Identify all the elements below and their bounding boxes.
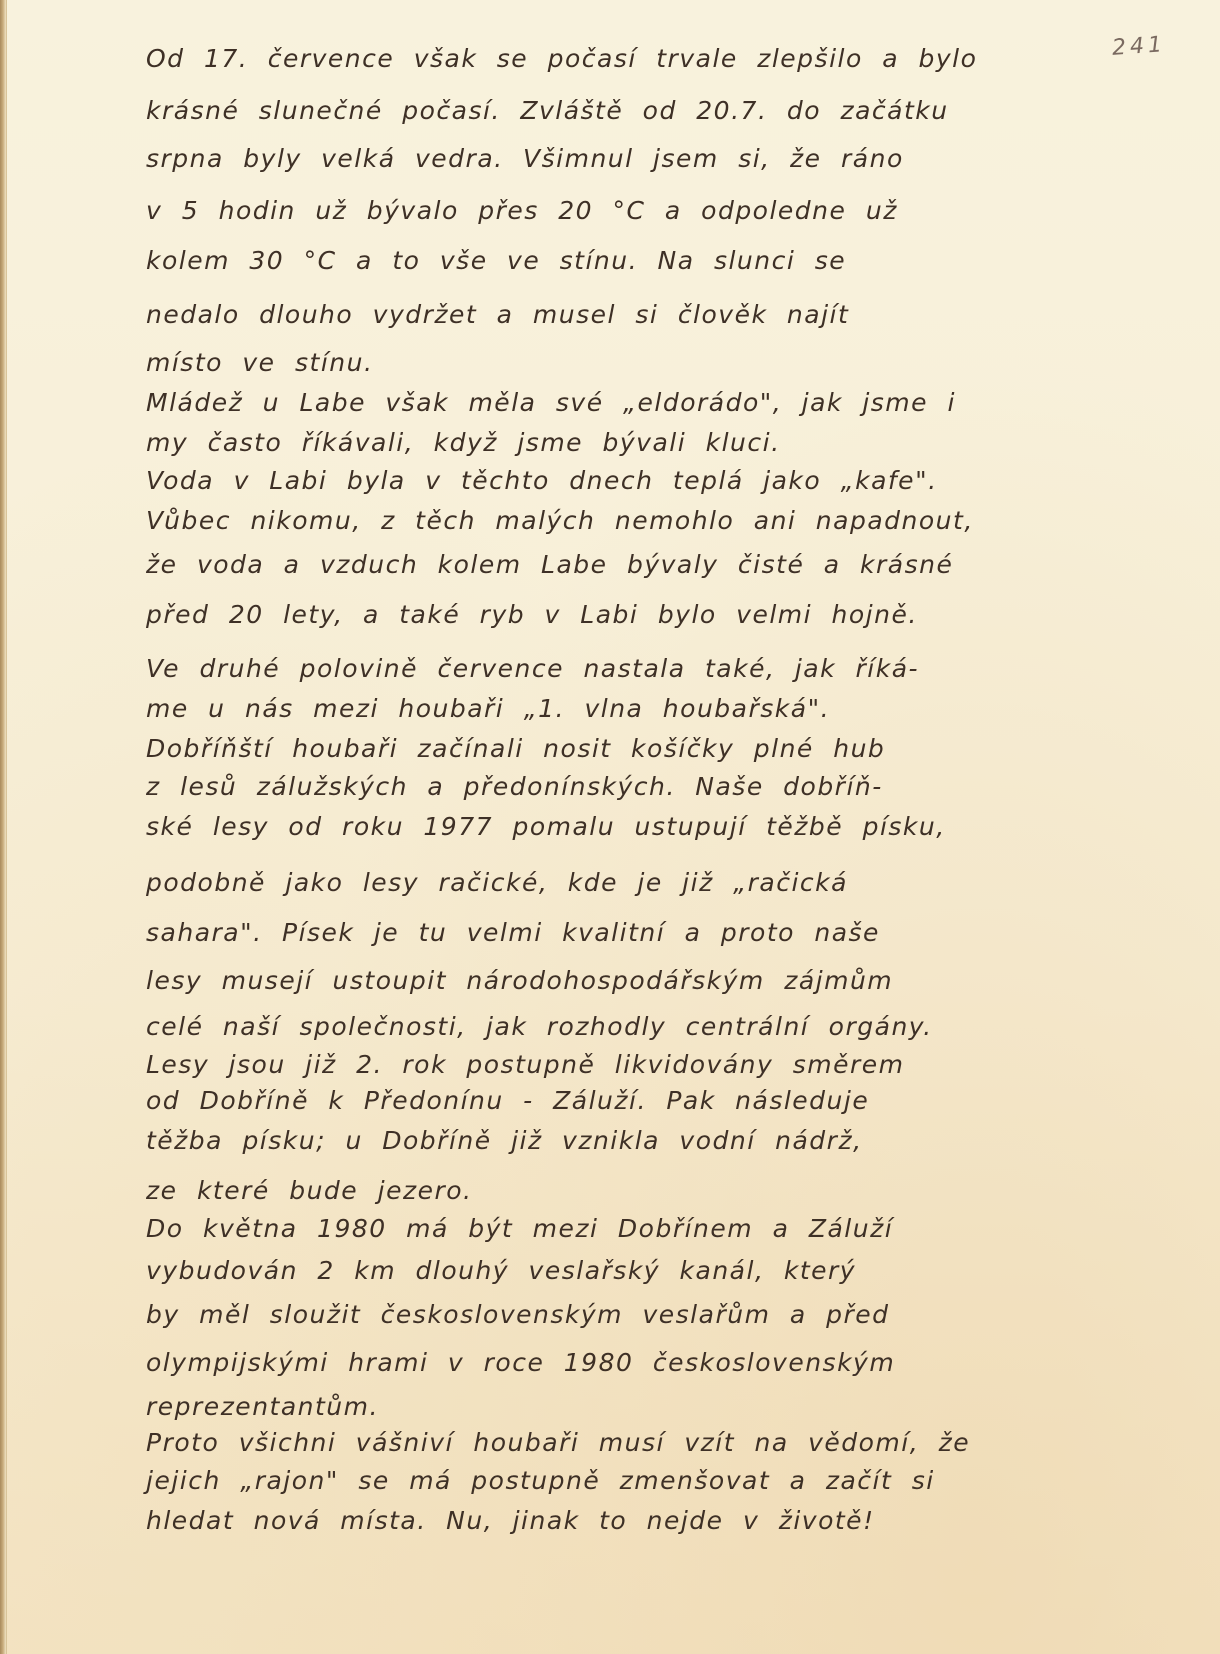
text-line: z lesů zálužských a předonínských. Naše … xyxy=(146,772,883,801)
text-line: reprezentantům. xyxy=(146,1392,379,1421)
text-line: Mládež u Labe však měla své „eldorádo", … xyxy=(146,388,956,417)
text-line: celé naší společnosti, jak rozhodly cent… xyxy=(146,1012,933,1041)
text-line: nedalo dlouho vydržet a musel si člověk … xyxy=(146,300,849,329)
text-line: vybudován 2 km dlouhý veslařský kanál, k… xyxy=(146,1256,856,1285)
text-line: že voda a vzduch kolem Labe bývaly čisté… xyxy=(146,550,953,579)
text-line: hledat nová místa. Nu, jinak to nejde v … xyxy=(146,1506,875,1535)
text-line: před 20 lety, a také ryb v Labi bylo vel… xyxy=(146,600,918,629)
text-line: ské lesy od roku 1977 pomalu ustupují tě… xyxy=(146,812,946,841)
text-line: krásné slunečné počasí. Zvláště od 20.7.… xyxy=(146,96,949,125)
text-line: Dobříňští houbaři začínali nosit košíčky… xyxy=(146,734,885,763)
text-line: olympijskými hrami v roce 1980 českoslov… xyxy=(146,1348,895,1377)
text-line: těžba písku; u Dobříně již vznikla vodní… xyxy=(146,1126,863,1155)
text-line: jejich „rajon" se má postupně zmenšovat … xyxy=(146,1466,935,1495)
text-line: me u nás mezi houbaři „1. vlna houbařská… xyxy=(146,694,830,723)
text-line: by měl sloužit československým veslařům … xyxy=(146,1300,890,1329)
text-line: lesy musejí ustoupit národohospodářským … xyxy=(146,966,893,995)
text-line: Od 17. července však se počasí trvale zl… xyxy=(146,44,977,73)
text-line: v 5 hodin už bývalo přes 20 °C a odpoled… xyxy=(146,196,898,225)
text-line: Vůbec nikomu, z těch malých nemohlo ani … xyxy=(146,506,974,535)
handwritten-text-block: Od 17. července však se počasí trvale zl… xyxy=(0,0,1220,1654)
text-line: místo ve stínu. xyxy=(146,348,373,377)
text-line: srpna byly velká vedra. Všimnul jsem si,… xyxy=(146,144,904,173)
text-line: podobně jako lesy račické, kde je již „r… xyxy=(146,868,848,897)
text-line: Voda v Labi byla v těchto dnech teplá ja… xyxy=(146,466,938,495)
text-line: sahara". Písek je tu velmi kvalitní a pr… xyxy=(146,918,880,947)
text-line: Do května 1980 má být mezi Dobřínem a Zá… xyxy=(146,1214,893,1243)
text-line: Ve druhé polovině července nastala také,… xyxy=(146,654,919,683)
text-line: od Dobříně k Předonínu - Záluží. Pak nás… xyxy=(146,1086,869,1115)
text-line: my často říkávali, když jsme bývali kluc… xyxy=(146,428,781,457)
text-line: Proto všichni vášniví houbaři musí vzít … xyxy=(146,1428,970,1457)
text-line: Lesy jsou již 2. rok postupně likvidován… xyxy=(146,1050,905,1079)
text-line: kolem 30 °C a to vše ve stínu. Na slunci… xyxy=(146,246,846,275)
notebook-page: 241 Od 17. července však se počasí trval… xyxy=(0,0,1220,1654)
text-line: ze které bude jezero. xyxy=(146,1176,472,1205)
